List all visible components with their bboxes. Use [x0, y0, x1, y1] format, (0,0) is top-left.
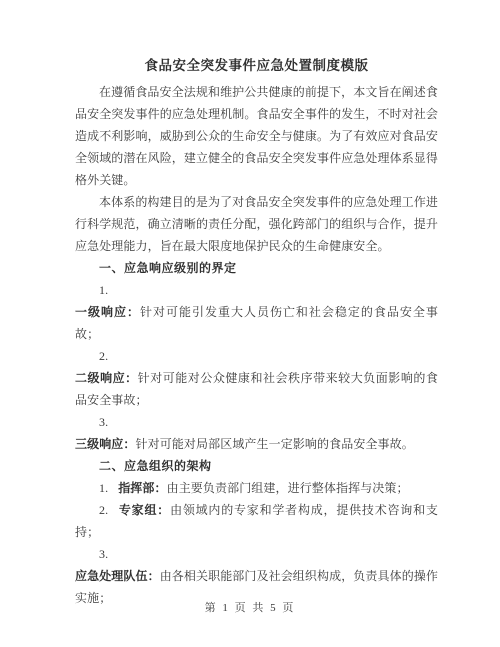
- document-title: 食品安全突发事件应急处置制度模版: [75, 51, 438, 81]
- section1-item3-number: 3.: [75, 411, 438, 433]
- section2-item2-label: 专家组：: [118, 503, 170, 517]
- section1-heading: 一、应急响应级别的界定: [75, 257, 438, 279]
- section1-item2-number: 2.: [75, 345, 438, 367]
- section1-item1-number: 1.: [75, 279, 438, 301]
- section2-item1-number: 1.: [99, 481, 108, 495]
- section2-heading: 二、应急组织的架构: [75, 455, 438, 477]
- section2-item2: 2.专家组：由领域内的专家和学者构成，提供技术咨询和支持；: [75, 499, 438, 543]
- page-number-footer: 第 1 页 共 5 页: [0, 597, 500, 619]
- section2-item1: 1.指挥部：由主要负责部门组建，进行整体指挥与决策；: [75, 477, 438, 499]
- section1-item1: 一级响应：针对可能引发重大人员伤亡和社会稳定的食品安全事故；: [75, 301, 438, 345]
- section2-item3-label: 应急处理队伍：: [75, 569, 160, 583]
- section1-item1-label: 一级响应：: [75, 305, 140, 319]
- section1-item2: 二级响应：针对可能对公众健康和社会秩序带来较大负面影响的食品安全事故；: [75, 367, 438, 411]
- section1-item3: 三级响应：针对可能对局部区域产生一定影响的食品安全事故。: [75, 433, 438, 455]
- section2-item1-text: 由主要负责部门组建，进行整体指挥与决策；: [167, 481, 409, 495]
- section2-item2-number: 2.: [99, 503, 108, 517]
- section1-item3-label: 三级响应：: [75, 437, 136, 451]
- purpose-paragraph: 本体系的构建目的是为了对食品安全突发事件的应急处理工作进行科学规范，确立清晰的责…: [75, 191, 438, 257]
- section2-item1-label: 指挥部：: [118, 481, 166, 495]
- document-page: 食品安全突发事件应急处置制度模版 在遵循食品安全法规和维护公共健康的前提下，本文…: [0, 0, 500, 647]
- section1-item2-label: 二级响应：: [75, 371, 138, 385]
- section1-item3-text: 针对可能对局部区域产生一定影响的食品安全事故。: [136, 437, 414, 451]
- section2-item3-number: 3.: [75, 543, 438, 565]
- intro-paragraph: 在遵循食品安全法规和维护公共健康的前提下，本文旨在阐述食品安全突发事件的应急处理…: [75, 81, 438, 191]
